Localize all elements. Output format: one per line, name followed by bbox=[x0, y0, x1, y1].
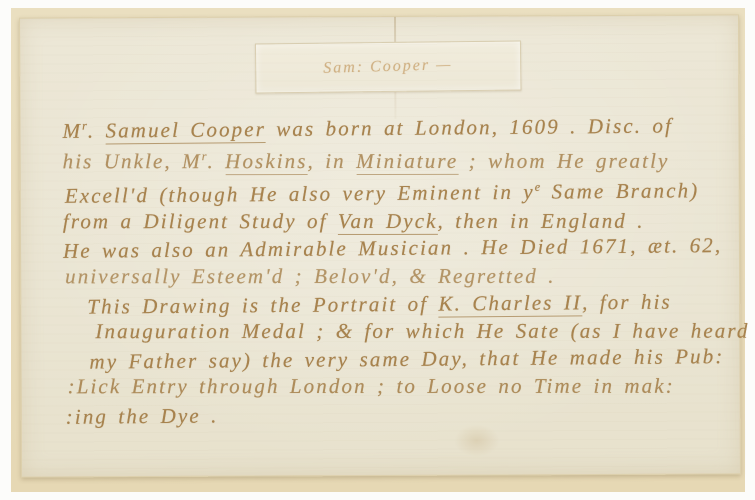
manuscript-line: universally Esteem'd ; Belov'd, & Regret… bbox=[65, 263, 723, 291]
text-segment: was born at London, 1609 . Disc. of bbox=[266, 113, 673, 141]
text-segment: This Drawing is the Portrait of bbox=[87, 291, 438, 318]
text-segment: Same Branch) bbox=[541, 178, 699, 203]
manuscript-line: Mr. Samuel Cooper was born at London, 16… bbox=[62, 107, 722, 145]
title-slip: Sam: Cooper — bbox=[255, 40, 522, 93]
text-segment: . bbox=[207, 149, 225, 173]
text-segment: , in bbox=[308, 149, 357, 173]
text-segment: Inauguration Medal ; & for which He Sate… bbox=[95, 319, 749, 344]
manuscript-paper: Sam: Cooper — Mr. Samuel Cooper was born… bbox=[19, 14, 741, 477]
title-slip-label: Sam: Cooper — bbox=[323, 56, 453, 78]
underlined-text-segment: K. Charles II bbox=[438, 290, 582, 317]
manuscript-text-block: Mr. Samuel Cooper was born at London, 16… bbox=[62, 109, 723, 430]
text-segment: . bbox=[88, 118, 106, 142]
underlined-text-segment: Hoskins bbox=[225, 149, 307, 175]
photo-frame: Sam: Cooper — Mr. Samuel Cooper was born… bbox=[0, 0, 755, 500]
text-segment: , then in England . bbox=[438, 209, 645, 233]
text-segment: He was also an Admirable Musician . He D… bbox=[63, 233, 722, 263]
manuscript-line: This Drawing is the Portrait of K. Charl… bbox=[87, 288, 723, 321]
underlined-text-segment: Samuel Cooper bbox=[105, 117, 266, 144]
manuscript-line: Inauguration Medal ; & for which He Sate… bbox=[95, 318, 723, 346]
text-segment: my Father say) the very same Day, that H… bbox=[89, 344, 724, 374]
manuscript-line: Excell'd (though He also very Eminent in… bbox=[65, 172, 723, 210]
text-segment: his Unkle, M bbox=[63, 149, 202, 173]
text-segment: Excell'd (though He also very Eminent in… bbox=[65, 180, 535, 208]
text-segment: ; whom He greatly bbox=[458, 148, 669, 172]
paper-stain bbox=[454, 424, 500, 456]
text-segment: , for his bbox=[582, 289, 672, 314]
manuscript-line: his Unkle, Mr. Hoskins, in Miniature ; w… bbox=[63, 142, 723, 175]
text-segment: :ing the Dye . bbox=[66, 403, 219, 428]
text-segment: M bbox=[62, 119, 82, 143]
text-segment: from a Diligent Study of bbox=[63, 209, 338, 233]
text-segment: :Lick Entry through London ; to Loose no… bbox=[68, 374, 675, 399]
manuscript-line: my Father say) the very same Day, that H… bbox=[89, 343, 723, 376]
text-segment: universally Esteem'd ; Belov'd, & Regret… bbox=[65, 264, 555, 288]
underlined-text-segment: Van Dyck bbox=[338, 209, 438, 235]
manuscript-line: He was also an Admirable Musician . He D… bbox=[63, 232, 723, 265]
manuscript-line: :Lick Entry through London ; to Loose no… bbox=[68, 373, 724, 401]
manuscript-line: from a Diligent Study of Van Dyck, then … bbox=[63, 207, 723, 235]
underlined-text-segment: Miniature bbox=[356, 148, 458, 174]
manuscript-line: :ing the Dye . bbox=[66, 398, 724, 431]
